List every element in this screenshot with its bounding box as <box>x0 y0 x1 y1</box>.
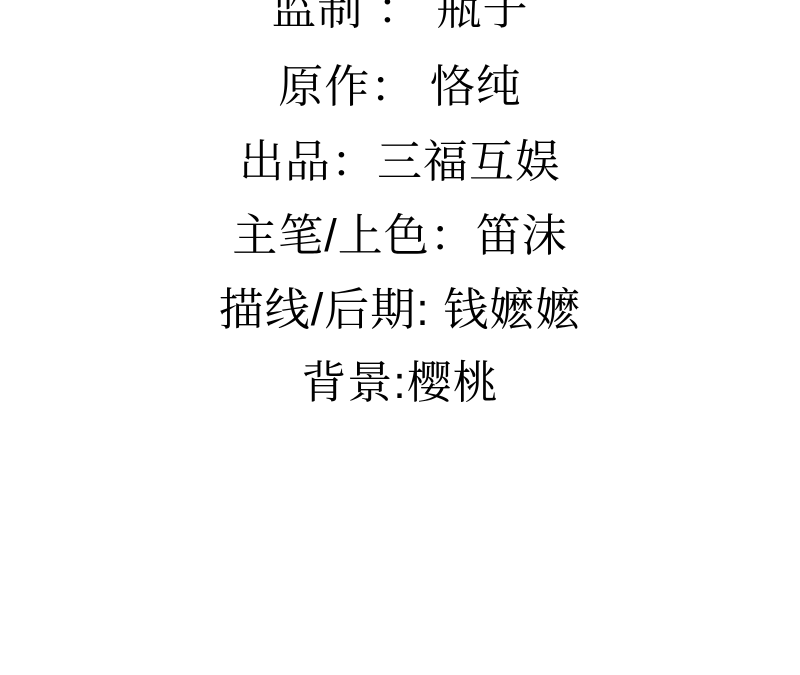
credit-line-lineart-postproduction: 描线/后期: 钱嬷嬷 <box>0 287 800 333</box>
credit-line-background-artist: 背景:樱桃 <box>0 360 800 406</box>
credit-line-supervisor: 监制 ： 瓶子 <box>0 0 800 32</box>
comic-credits-page: 监制 ： 瓶子 原作： 恪纯 出品：三福互娱 主笔/上色：笛沫 描线/后期: 钱… <box>0 0 800 675</box>
credit-line-original-author: 原作： 恪纯 <box>0 64 800 110</box>
credit-line-lead-artist-colorist: 主笔/上色：笛沫 <box>0 213 800 259</box>
credit-line-producer: 出品：三福互娱 <box>0 139 800 185</box>
